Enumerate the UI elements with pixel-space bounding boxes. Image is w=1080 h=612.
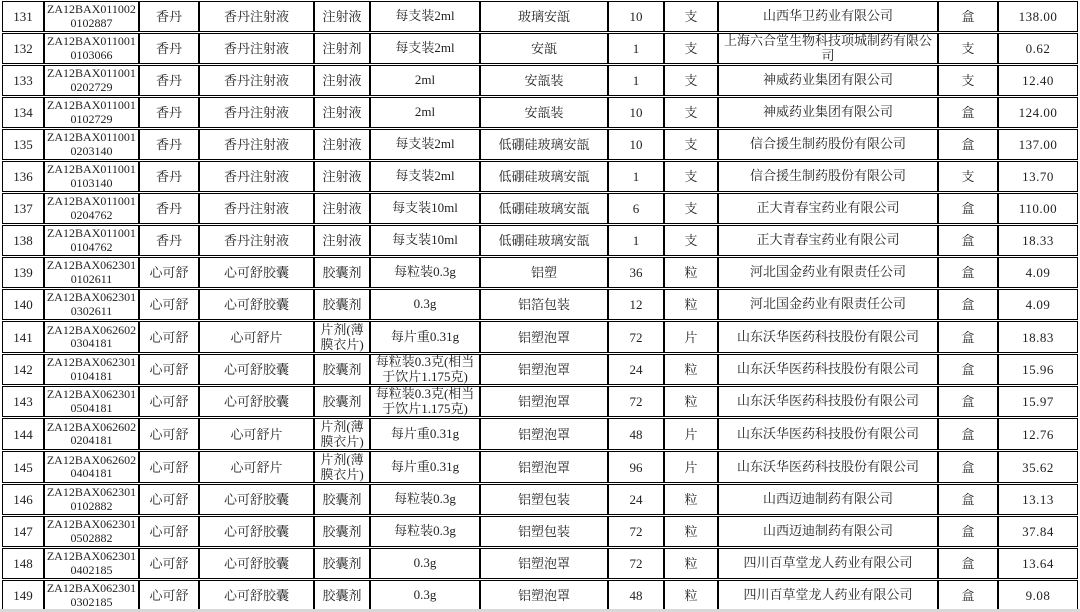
- table-row: 149 ZA12BAX0623010302185 心可舒 心可舒胶囊 胶囊剂 0…: [2, 580, 1078, 611]
- pack-quantity-cell: 24: [608, 484, 664, 515]
- row-number-cell: 143: [2, 386, 44, 417]
- product-name-cell: 香丹注射液: [199, 225, 314, 256]
- pack-quantity-cell: 48: [608, 580, 664, 611]
- table-row: 144 ZA12BAX0626020204181 心可舒 心可舒片 片剂(薄膜衣…: [2, 418, 1078, 450]
- packaging-cell: 低硼硅玻璃安瓿: [480, 161, 608, 192]
- drug-code-cell: ZA12BAX0110010204762: [44, 193, 139, 224]
- sale-unit-cell: 盒: [938, 193, 998, 224]
- dose-unit-cell: 支: [664, 161, 718, 192]
- dosage-form-cell: 片剂(薄膜衣片): [314, 321, 370, 353]
- product-name-cell: 心可舒胶囊: [199, 484, 314, 515]
- drug-name-cell: 心可舒: [139, 548, 199, 579]
- price-cell: 35.62: [998, 451, 1078, 483]
- pack-quantity-cell: 72: [608, 548, 664, 579]
- row-number-cell: 148: [2, 548, 44, 579]
- drug-name-cell: 心可舒: [139, 580, 199, 611]
- drug-name-cell: 心可舒: [139, 354, 199, 385]
- sale-unit-cell: 盒: [938, 129, 998, 160]
- specification-cell: 每粒装0.3g: [370, 516, 480, 547]
- price-cell: 4.09: [998, 257, 1078, 288]
- dosage-form-cell: 胶囊剂: [314, 548, 370, 579]
- table-row: 141 ZA12BAX0626020304181 心可舒 心可舒片 片剂(薄膜衣…: [2, 321, 1078, 353]
- manufacturer-cell: 山东沃华医药科技股份有限公司: [718, 451, 938, 483]
- table-row: 148 ZA12BAX0623010402185 心可舒 心可舒胶囊 胶囊剂 0…: [2, 548, 1078, 579]
- row-number-cell: 146: [2, 484, 44, 515]
- manufacturer-cell: 山西华卫药业有限公司: [718, 1, 938, 32]
- dosage-form-cell: 注射液: [314, 161, 370, 192]
- drug-code-cell: ZA12BAX0623010104181: [44, 354, 139, 385]
- drug-code-cell: ZA12BAX0110010202729: [44, 65, 139, 96]
- packaging-cell: 铝塑泡罩: [480, 386, 608, 417]
- dose-unit-cell: 支: [664, 33, 718, 64]
- row-number-cell: 131: [2, 1, 44, 32]
- row-number-cell: 142: [2, 354, 44, 385]
- pack-quantity-cell: 24: [608, 354, 664, 385]
- packaging-cell: 安瓿: [480, 33, 608, 64]
- pack-quantity-cell: 48: [608, 418, 664, 450]
- drug-name-cell: 香丹: [139, 65, 199, 96]
- specification-cell: 每支装2ml: [370, 33, 480, 64]
- packaging-cell: 铝箔包装: [480, 289, 608, 320]
- specification-cell: 每片重0.31g: [370, 418, 480, 450]
- manufacturer-cell: 山东沃华医药科技股份有限公司: [718, 418, 938, 450]
- specification-cell: 每粒装0.3克(相当于饮片1.175克): [370, 354, 480, 385]
- sale-unit-cell: 盒: [938, 97, 998, 128]
- packaging-cell: 铝塑泡罩: [480, 418, 608, 450]
- sale-unit-cell: 盒: [938, 451, 998, 483]
- drug-code-cell: ZA12BAX0623010302185: [44, 580, 139, 611]
- packaging-cell: 铝塑包装: [480, 516, 608, 547]
- table-row: 143 ZA12BAX0623010504181 心可舒 心可舒胶囊 胶囊剂 每…: [2, 386, 1078, 417]
- product-name-cell: 心可舒胶囊: [199, 354, 314, 385]
- dosage-form-cell: 片剂(薄膜衣片): [314, 418, 370, 450]
- dose-unit-cell: 支: [664, 1, 718, 32]
- row-number-cell: 138: [2, 225, 44, 256]
- product-name-cell: 心可舒胶囊: [199, 257, 314, 288]
- price-cell: 13.70: [998, 161, 1078, 192]
- packaging-cell: 低硼硅玻璃安瓿: [480, 129, 608, 160]
- manufacturer-cell: 河北国金药业有限责任公司: [718, 257, 938, 288]
- drug-price-list-page: 131 ZA12BAX0110020102887 香丹 香丹注射液 注射液 每支…: [0, 0, 1080, 612]
- drug-name-cell: 心可舒: [139, 451, 199, 483]
- product-name-cell: 香丹注射液: [199, 33, 314, 64]
- table-row: 131 ZA12BAX0110020102887 香丹 香丹注射液 注射液 每支…: [2, 1, 1078, 32]
- drug-code-cell: ZA12BAX0623010102882: [44, 484, 139, 515]
- table-row: 137 ZA12BAX0110010204762 香丹 香丹注射液 注射液 每支…: [2, 193, 1078, 224]
- product-name-cell: 心可舒胶囊: [199, 580, 314, 611]
- table-row: 133 ZA12BAX0110010202729 香丹 香丹注射液 注射液 2m…: [2, 65, 1078, 96]
- drug-code-cell: ZA12BAX0110020102887: [44, 1, 139, 32]
- pack-quantity-cell: 1: [608, 225, 664, 256]
- table-row: 132 ZA12BAX0110010103066 香丹 香丹注射液 注射剂 每支…: [2, 33, 1078, 64]
- sale-unit-cell: 盒: [938, 484, 998, 515]
- sale-unit-cell: 盒: [938, 580, 998, 611]
- price-cell: 13.64: [998, 548, 1078, 579]
- price-cell: 15.96: [998, 354, 1078, 385]
- manufacturer-cell: 正大青春宝药业有限公司: [718, 225, 938, 256]
- table-row: 134 ZA12BAX0110010102729 香丹 香丹注射液 注射液 2m…: [2, 97, 1078, 128]
- drug-code-cell: ZA12BAX0623010504181: [44, 386, 139, 417]
- dose-unit-cell: 粒: [664, 580, 718, 611]
- drug-name-cell: 心可舒: [139, 321, 199, 353]
- row-number-cell: 134: [2, 97, 44, 128]
- drug-code-cell: ZA12BAX0110010102729: [44, 97, 139, 128]
- product-name-cell: 心可舒胶囊: [199, 289, 314, 320]
- sale-unit-cell: 盒: [938, 386, 998, 417]
- pack-quantity-cell: 10: [608, 97, 664, 128]
- dose-unit-cell: 片: [664, 321, 718, 353]
- sale-unit-cell: 盒: [938, 1, 998, 32]
- sale-unit-cell: 支: [938, 33, 998, 64]
- dosage-form-cell: 注射剂: [314, 33, 370, 64]
- product-name-cell: 心可舒片: [199, 418, 314, 450]
- product-name-cell: 香丹注射液: [199, 1, 314, 32]
- dose-unit-cell: 粒: [664, 386, 718, 417]
- drug-code-cell: ZA12BAX0110010103140: [44, 161, 139, 192]
- product-name-cell: 香丹注射液: [199, 193, 314, 224]
- manufacturer-cell: 山东沃华医药科技股份有限公司: [718, 354, 938, 385]
- price-cell: 12.40: [998, 65, 1078, 96]
- drug-name-cell: 香丹: [139, 97, 199, 128]
- dosage-form-cell: 胶囊剂: [314, 354, 370, 385]
- sale-unit-cell: 盒: [938, 225, 998, 256]
- drug-name-cell: 香丹: [139, 129, 199, 160]
- table-row: 139 ZA12BAX0623010102611 心可舒 心可舒胶囊 胶囊剂 每…: [2, 257, 1078, 288]
- sale-unit-cell: 盒: [938, 418, 998, 450]
- drug-name-cell: 心可舒: [139, 386, 199, 417]
- table-row: 140 ZA12BAX0623010302611 心可舒 心可舒胶囊 胶囊剂 0…: [2, 289, 1078, 320]
- drug-code-cell: ZA12BAX0626020204181: [44, 418, 139, 450]
- product-name-cell: 香丹注射液: [199, 161, 314, 192]
- packaging-cell: 铝塑泡罩: [480, 580, 608, 611]
- drug-name-cell: 香丹: [139, 1, 199, 32]
- manufacturer-cell: 神威药业集团有限公司: [718, 97, 938, 128]
- dosage-form-cell: 胶囊剂: [314, 289, 370, 320]
- product-name-cell: 香丹注射液: [199, 97, 314, 128]
- dose-unit-cell: 支: [664, 225, 718, 256]
- sale-unit-cell: 盒: [938, 548, 998, 579]
- drug-name-cell: 香丹: [139, 33, 199, 64]
- product-name-cell: 心可舒胶囊: [199, 516, 314, 547]
- table-row: 142 ZA12BAX0623010104181 心可舒 心可舒胶囊 胶囊剂 每…: [2, 354, 1078, 385]
- packaging-cell: 安瓿装: [480, 65, 608, 96]
- pack-quantity-cell: 72: [608, 516, 664, 547]
- packaging-cell: 铝塑: [480, 257, 608, 288]
- price-cell: 138.00: [998, 1, 1078, 32]
- price-cell: 137.00: [998, 129, 1078, 160]
- packaging-cell: 低硼硅玻璃安瓿: [480, 225, 608, 256]
- drug-code-cell: ZA12BAX0623010302611: [44, 289, 139, 320]
- manufacturer-cell: 山东沃华医药科技股份有限公司: [718, 386, 938, 417]
- manufacturer-cell: 山西迈迪制药有限公司: [718, 484, 938, 515]
- specification-cell: 每粒装0.3g: [370, 257, 480, 288]
- packaging-cell: 铝塑包装: [480, 484, 608, 515]
- dose-unit-cell: 粒: [664, 548, 718, 579]
- manufacturer-cell: 河北国金药业有限责任公司: [718, 289, 938, 320]
- packaging-cell: 安瓿装: [480, 97, 608, 128]
- dose-unit-cell: 支: [664, 129, 718, 160]
- product-name-cell: 心可舒片: [199, 321, 314, 353]
- dosage-form-cell: 胶囊剂: [314, 386, 370, 417]
- drug-code-cell: ZA12BAX0623010102611: [44, 257, 139, 288]
- dosage-form-cell: 注射液: [314, 129, 370, 160]
- specification-cell: 每粒装0.3克(相当于饮片1.175克): [370, 386, 480, 417]
- specification-cell: 每支装2ml: [370, 129, 480, 160]
- dosage-form-cell: 注射液: [314, 193, 370, 224]
- dosage-form-cell: 注射液: [314, 65, 370, 96]
- dosage-form-cell: 胶囊剂: [314, 484, 370, 515]
- drug-code-cell: ZA12BAX0110010103066: [44, 33, 139, 64]
- price-cell: 110.00: [998, 193, 1078, 224]
- price-cell: 13.13: [998, 484, 1078, 515]
- specification-cell: 每支装10ml: [370, 225, 480, 256]
- dose-unit-cell: 支: [664, 193, 718, 224]
- specification-cell: 0.3g: [370, 580, 480, 611]
- specification-cell: 2ml: [370, 65, 480, 96]
- row-number-cell: 145: [2, 451, 44, 483]
- packaging-cell: 铝塑泡罩: [480, 321, 608, 353]
- dose-unit-cell: 粒: [664, 516, 718, 547]
- manufacturer-cell: 山东沃华医药科技股份有限公司: [718, 321, 938, 353]
- drug-name-cell: 香丹: [139, 161, 199, 192]
- table-row: 145 ZA12BAX0626020404181 心可舒 心可舒片 片剂(薄膜衣…: [2, 451, 1078, 483]
- dose-unit-cell: 支: [664, 65, 718, 96]
- row-number-cell: 149: [2, 580, 44, 611]
- manufacturer-cell: 山西迈迪制药有限公司: [718, 516, 938, 547]
- pack-quantity-cell: 72: [608, 386, 664, 417]
- specification-cell: 每片重0.31g: [370, 451, 480, 483]
- row-number-cell: 144: [2, 418, 44, 450]
- specification-cell: 每支装2ml: [370, 1, 480, 32]
- dose-unit-cell: 粒: [664, 484, 718, 515]
- dose-unit-cell: 支: [664, 97, 718, 128]
- sale-unit-cell: 盒: [938, 321, 998, 353]
- drug-name-cell: 香丹: [139, 225, 199, 256]
- sale-unit-cell: 盒: [938, 289, 998, 320]
- row-number-cell: 147: [2, 516, 44, 547]
- pack-quantity-cell: 10: [608, 129, 664, 160]
- table-row: 138 ZA12BAX0110010104762 香丹 香丹注射液 注射液 每支…: [2, 225, 1078, 256]
- pack-quantity-cell: 36: [608, 257, 664, 288]
- dosage-form-cell: 胶囊剂: [314, 257, 370, 288]
- row-number-cell: 136: [2, 161, 44, 192]
- product-name-cell: 香丹注射液: [199, 65, 314, 96]
- specification-cell: 每片重0.31g: [370, 321, 480, 353]
- packaging-cell: 铝塑泡罩: [480, 354, 608, 385]
- drug-code-cell: ZA12BAX0110010203140: [44, 129, 139, 160]
- price-cell: 15.97: [998, 386, 1078, 417]
- dosage-form-cell: 注射液: [314, 1, 370, 32]
- dosage-form-cell: 片剂(薄膜衣片): [314, 451, 370, 483]
- row-number-cell: 141: [2, 321, 44, 353]
- packaging-cell: 铝塑泡罩: [480, 548, 608, 579]
- drug-code-cell: ZA12BAX0623010402185: [44, 548, 139, 579]
- manufacturer-cell: 神威药业集团有限公司: [718, 65, 938, 96]
- sale-unit-cell: 支: [938, 161, 998, 192]
- drug-price-table: 131 ZA12BAX0110020102887 香丹 香丹注射液 注射液 每支…: [2, 0, 1078, 612]
- pack-quantity-cell: 1: [608, 65, 664, 96]
- row-number-cell: 137: [2, 193, 44, 224]
- row-number-cell: 135: [2, 129, 44, 160]
- price-cell: 12.76: [998, 418, 1078, 450]
- dose-unit-cell: 粒: [664, 289, 718, 320]
- pack-quantity-cell: 6: [608, 193, 664, 224]
- drug-code-cell: ZA12BAX0110010104762: [44, 225, 139, 256]
- manufacturer-cell: 正大青春宝药业有限公司: [718, 193, 938, 224]
- pack-quantity-cell: 1: [608, 33, 664, 64]
- row-number-cell: 133: [2, 65, 44, 96]
- dose-unit-cell: 粒: [664, 354, 718, 385]
- specification-cell: 0.3g: [370, 289, 480, 320]
- packaging-cell: 铝塑泡罩: [480, 451, 608, 483]
- specification-cell: 每支装2ml: [370, 161, 480, 192]
- sale-unit-cell: 盒: [938, 516, 998, 547]
- table-row: 146 ZA12BAX0623010102882 心可舒 心可舒胶囊 胶囊剂 每…: [2, 484, 1078, 515]
- sale-unit-cell: 支: [938, 65, 998, 96]
- sale-unit-cell: 盒: [938, 257, 998, 288]
- dose-unit-cell: 粒: [664, 257, 718, 288]
- pack-quantity-cell: 96: [608, 451, 664, 483]
- price-cell: 37.84: [998, 516, 1078, 547]
- table-row: 147 ZA12BAX0623010502882 心可舒 心可舒胶囊 胶囊剂 每…: [2, 516, 1078, 547]
- row-number-cell: 139: [2, 257, 44, 288]
- pack-quantity-cell: 10: [608, 1, 664, 32]
- price-cell: 4.09: [998, 289, 1078, 320]
- dosage-form-cell: 注射液: [314, 97, 370, 128]
- pack-quantity-cell: 12: [608, 289, 664, 320]
- table-row: 136 ZA12BAX0110010103140 香丹 香丹注射液 注射液 每支…: [2, 161, 1078, 192]
- drug-name-cell: 心可舒: [139, 418, 199, 450]
- product-name-cell: 心可舒胶囊: [199, 386, 314, 417]
- dosage-form-cell: 胶囊剂: [314, 516, 370, 547]
- product-name-cell: 香丹注射液: [199, 129, 314, 160]
- pack-quantity-cell: 1: [608, 161, 664, 192]
- price-cell: 18.83: [998, 321, 1078, 353]
- manufacturer-cell: 信合援生制药股份有限公司: [718, 129, 938, 160]
- specification-cell: 0.3g: [370, 548, 480, 579]
- manufacturer-cell: 四川百草堂龙人药业有限公司: [718, 548, 938, 579]
- product-name-cell: 心可舒片: [199, 451, 314, 483]
- manufacturer-cell: 四川百草堂龙人药业有限公司: [718, 580, 938, 611]
- price-cell: 0.62: [998, 33, 1078, 64]
- manufacturer-cell: 上海六合堂生物科技项城制药有限公司: [718, 33, 938, 64]
- drug-name-cell: 心可舒: [139, 484, 199, 515]
- manufacturer-cell: 信合援生制药股份有限公司: [718, 161, 938, 192]
- dose-unit-cell: 片: [664, 451, 718, 483]
- table-body: 131 ZA12BAX0110020102887 香丹 香丹注射液 注射液 每支…: [2, 1, 1078, 611]
- drug-name-cell: 心可舒: [139, 516, 199, 547]
- price-cell: 9.08: [998, 580, 1078, 611]
- price-cell: 124.00: [998, 97, 1078, 128]
- product-name-cell: 心可舒胶囊: [199, 548, 314, 579]
- price-cell: 18.33: [998, 225, 1078, 256]
- sale-unit-cell: 盒: [938, 354, 998, 385]
- pack-quantity-cell: 72: [608, 321, 664, 353]
- table-row: 135 ZA12BAX0110010203140 香丹 香丹注射液 注射液 每支…: [2, 129, 1078, 160]
- drug-name-cell: 心可舒: [139, 289, 199, 320]
- drug-code-cell: ZA12BAX0626020404181: [44, 451, 139, 483]
- drug-code-cell: ZA12BAX0623010502882: [44, 516, 139, 547]
- dosage-form-cell: 胶囊剂: [314, 580, 370, 611]
- specification-cell: 每粒装0.3g: [370, 484, 480, 515]
- drug-name-cell: 心可舒: [139, 257, 199, 288]
- row-number-cell: 140: [2, 289, 44, 320]
- dosage-form-cell: 注射液: [314, 225, 370, 256]
- specification-cell: 每支装10ml: [370, 193, 480, 224]
- dose-unit-cell: 片: [664, 418, 718, 450]
- specification-cell: 2ml: [370, 97, 480, 128]
- drug-code-cell: ZA12BAX0626020304181: [44, 321, 139, 353]
- row-number-cell: 132: [2, 33, 44, 64]
- packaging-cell: 玻璃安瓿: [480, 1, 608, 32]
- packaging-cell: 低硼硅玻璃安瓿: [480, 193, 608, 224]
- drug-name-cell: 香丹: [139, 193, 199, 224]
